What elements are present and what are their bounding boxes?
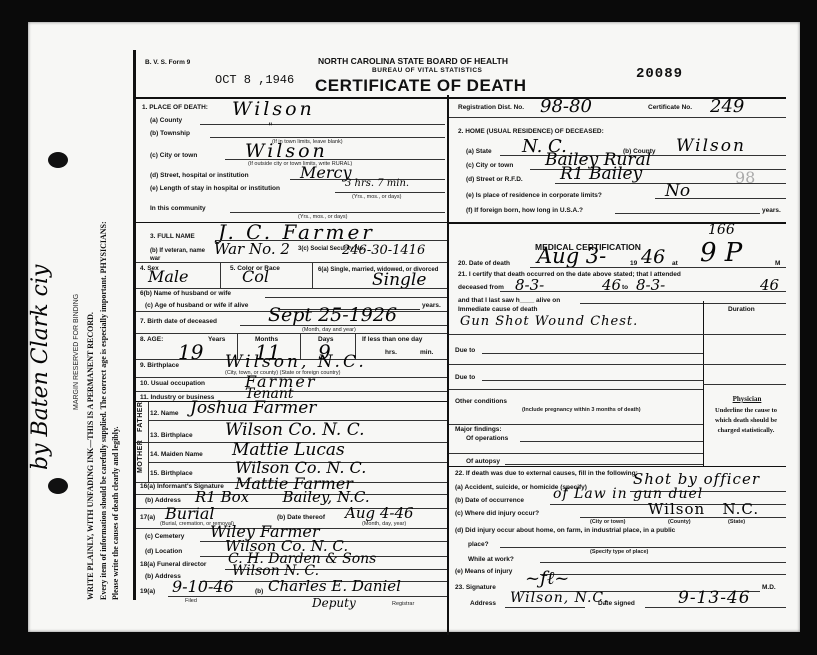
informant-address-value: R1 Box Bailey, N.C. (195, 488, 370, 506)
physician-signature: ~ƒℓ~ (525, 568, 569, 589)
township-label: (b) Township (150, 130, 190, 137)
registrar-signature: Charles E. Daniel (268, 577, 401, 595)
death-time-value: 9 P (700, 238, 742, 268)
major-findings-label: Major findings: (455, 426, 502, 433)
spouse-label: 6(b) Name of husband or wife (140, 290, 231, 297)
certificate-title: CERTIFICATE OF DEATH (315, 76, 526, 96)
township-value: " (268, 122, 273, 133)
other-conditions-label: Other conditions (455, 398, 507, 405)
medical-margin-number: 166 (708, 222, 735, 238)
age-years-label: Years (208, 336, 225, 343)
mother-tag: MOTHER (137, 440, 144, 473)
where-value: Wilson N.C. (648, 500, 759, 518)
death-time-suffix: M (775, 260, 780, 267)
age-hrs-label: hrs. (385, 349, 397, 356)
registration-value: 98-80 (540, 96, 592, 117)
agency-name: NORTH CAROLINA STATE BOARD OF HEALTH (318, 56, 508, 66)
sex-value: Male (148, 267, 189, 286)
form-id: B. V. S. Form 9 (145, 59, 190, 66)
place-note: (Specify type of place) (590, 549, 648, 555)
res-street-value: R1 Bailey (560, 164, 642, 184)
center-divider (447, 95, 449, 635)
place-of-death-heading: 1. PLACE OF DEATH: (142, 104, 208, 111)
funeral-director-label: 18(a) Funeral director (140, 561, 206, 568)
street-label: (d) Street, hospital or institution (150, 172, 249, 179)
location-label: (d) Location (145, 548, 182, 555)
where-label: (c) Where did injury occur? (455, 510, 539, 517)
mother-birthplace-label: 15. Birthplace (150, 470, 193, 477)
birth-label: 7. Birth date of deceased (140, 318, 217, 325)
county-label: (a) County (150, 117, 182, 124)
deputy-signature: Deputy (312, 596, 356, 610)
cause-of-death-value: Gun Shot Wound Chest. (460, 314, 638, 329)
stay-value: 3 hrs. 7 min. (345, 178, 409, 189)
birthplace-value: Wilson, N.C. (225, 352, 367, 372)
occupation-label: 10. Usual occupation (140, 380, 205, 387)
foreign-label: (f) If foreign born, how long in U.S.A.? (466, 207, 583, 214)
certificate-label: Certificate No. (648, 104, 692, 111)
burial-date-label: (b) Date thereof (277, 514, 325, 521)
foreign-unit: years. (762, 207, 781, 214)
burial-method-label: 17(a) (140, 514, 155, 521)
physician-note: Underline the cause to which death shoul… (708, 406, 784, 436)
res-margin-mark: 98 (735, 168, 755, 187)
occurrence-label: (b) Date of occurrence (455, 497, 524, 504)
work-label: While at work? (468, 556, 514, 563)
means-label: (e) Means of injury (455, 568, 512, 575)
where-note-city: (City or town) (590, 519, 625, 525)
home-label: (d) Did injury occur about home, on farm… (455, 527, 675, 534)
burial-date-value: Aug 4-46 (345, 504, 414, 522)
death-year-prefix: 19 (630, 260, 637, 267)
city-label: (c) City or town (150, 152, 197, 159)
other-conditions-note: (Include pregnancy within 3 months of de… (522, 407, 641, 413)
autopsy-label: Of autopsy (466, 458, 500, 465)
filed-label: 19(a) (140, 588, 155, 595)
res-city-label: (c) City or town (466, 162, 513, 169)
due-to-label-2: Due to (455, 374, 475, 381)
stay-label: (e) Length of stay in hospital or instit… (150, 185, 280, 192)
date-signed-label: Date signed (598, 600, 635, 607)
signature-label: 23. Signature (455, 584, 496, 591)
mother-name-label: 14. Maiden Name (150, 451, 203, 458)
res-street-label: (d) Street or R.F.D. (466, 176, 523, 183)
certificate-value: 249 (710, 96, 744, 117)
punch-hole (48, 478, 68, 494)
birthplace-label: 9. Birthplace (140, 362, 179, 369)
father-name-label: 12. Name (150, 410, 179, 417)
veteran-label: (b) If veteran, name war (150, 247, 212, 263)
filed-date-value: 9-10-46 (172, 577, 234, 596)
father-tag: FATHER (137, 402, 144, 432)
date-signed-value: 9-13-46 (678, 588, 751, 608)
margin-handwritten-note: by Baten Clark ciy (28, 265, 53, 470)
corporate-label: (e) Is place of residence in corporate l… (466, 192, 602, 199)
stamp-date: OCT 8 ,1946 (215, 73, 294, 87)
age-years-value: 19 (178, 340, 203, 364)
margin-binding-note: MARGIN RESERVED FOR BINDING (73, 294, 80, 410)
operations-label: Of operations (466, 435, 508, 442)
ssn-value: 246-30-1416 (342, 243, 425, 258)
attended-to-label: to (622, 284, 628, 291)
birth-date-value: Sept 25-1926 (268, 304, 397, 326)
place-label: place? (468, 541, 489, 548)
stay-note: (Yrs., mos., or days) (352, 194, 402, 200)
res-state-label: (a) State (466, 148, 492, 155)
sig-address-value: Wilson, N.C. (510, 590, 609, 606)
left-border (133, 50, 136, 600)
margin-instruction-3: Please write the causes of death clearly… (111, 426, 120, 600)
registrar-label: (b) (255, 588, 263, 595)
attended-from-label: deceased from (458, 284, 504, 291)
death-date-value: Aug 3- (537, 244, 606, 268)
registrar-note: Registrar (392, 601, 414, 607)
where-note-county: (County) (668, 519, 691, 525)
external-heading: 22. If death was due to external causes,… (455, 470, 638, 477)
spouse-age-unit: years. (422, 302, 441, 309)
death-year-value: 46 (641, 246, 665, 268)
death-at-label: at (672, 260, 678, 267)
bureau-name: BUREAU OF VITAL STATISTICS (372, 67, 482, 74)
sig-address-label: Address (470, 600, 496, 607)
cemetery-label: (c) Cemetery (145, 533, 184, 540)
punch-hole (48, 152, 68, 168)
veteran-value: War No. 2 (214, 240, 290, 258)
mother-name-value: Mattie Lucas (232, 440, 345, 460)
res-county-value: Wilson (676, 136, 746, 156)
registration-label: Registration Dist. No. (458, 104, 524, 111)
due-to-label-1: Due to (455, 347, 475, 354)
last-saw-label: and that I last saw h____ alive on (458, 297, 560, 304)
margin-instruction-1: WRITE PLAINLY, WITH UNFADING INK—THIS IS… (86, 312, 95, 600)
community-label: In this community (150, 205, 206, 212)
age-lessday-label: If less than one day (362, 336, 422, 343)
color-value: Col (242, 267, 269, 286)
father-name-value: Joshua Farmer (190, 398, 316, 418)
duration-label: Duration (728, 306, 755, 313)
margin-instruction-2: Every item of information should be care… (99, 221, 108, 600)
cause-label: Immediate cause of death (458, 306, 537, 313)
name-label: 3. FULL NAME (150, 233, 195, 240)
where-note-state: (State) (728, 519, 745, 525)
age-label: 8. AGE: (140, 336, 163, 343)
filed-note: Filed (185, 598, 197, 604)
death-date-label: 20. Date of death (458, 260, 510, 267)
physician-heading: Physician (712, 394, 782, 404)
father-birthplace-label: 13. Birthplace (150, 432, 193, 439)
death-county-value: Wilson (232, 98, 315, 120)
burial-date-note: (Month, day, year) (362, 521, 406, 527)
file-number: 20089 (636, 66, 683, 82)
marital-value: Single (372, 270, 426, 290)
residence-heading: 2. HOME (USUAL RESIDENCE) OF DECEASED: (458, 128, 604, 135)
age-min-label: min. (420, 349, 433, 356)
informant-address-label: (b) Address (145, 497, 181, 504)
spouse-age-label: (c) Age of husband or wife if alive (145, 302, 248, 309)
father-birthplace-value: Wilson Co. N. C. (225, 420, 365, 440)
signature-suffix: M.D. (762, 584, 776, 591)
